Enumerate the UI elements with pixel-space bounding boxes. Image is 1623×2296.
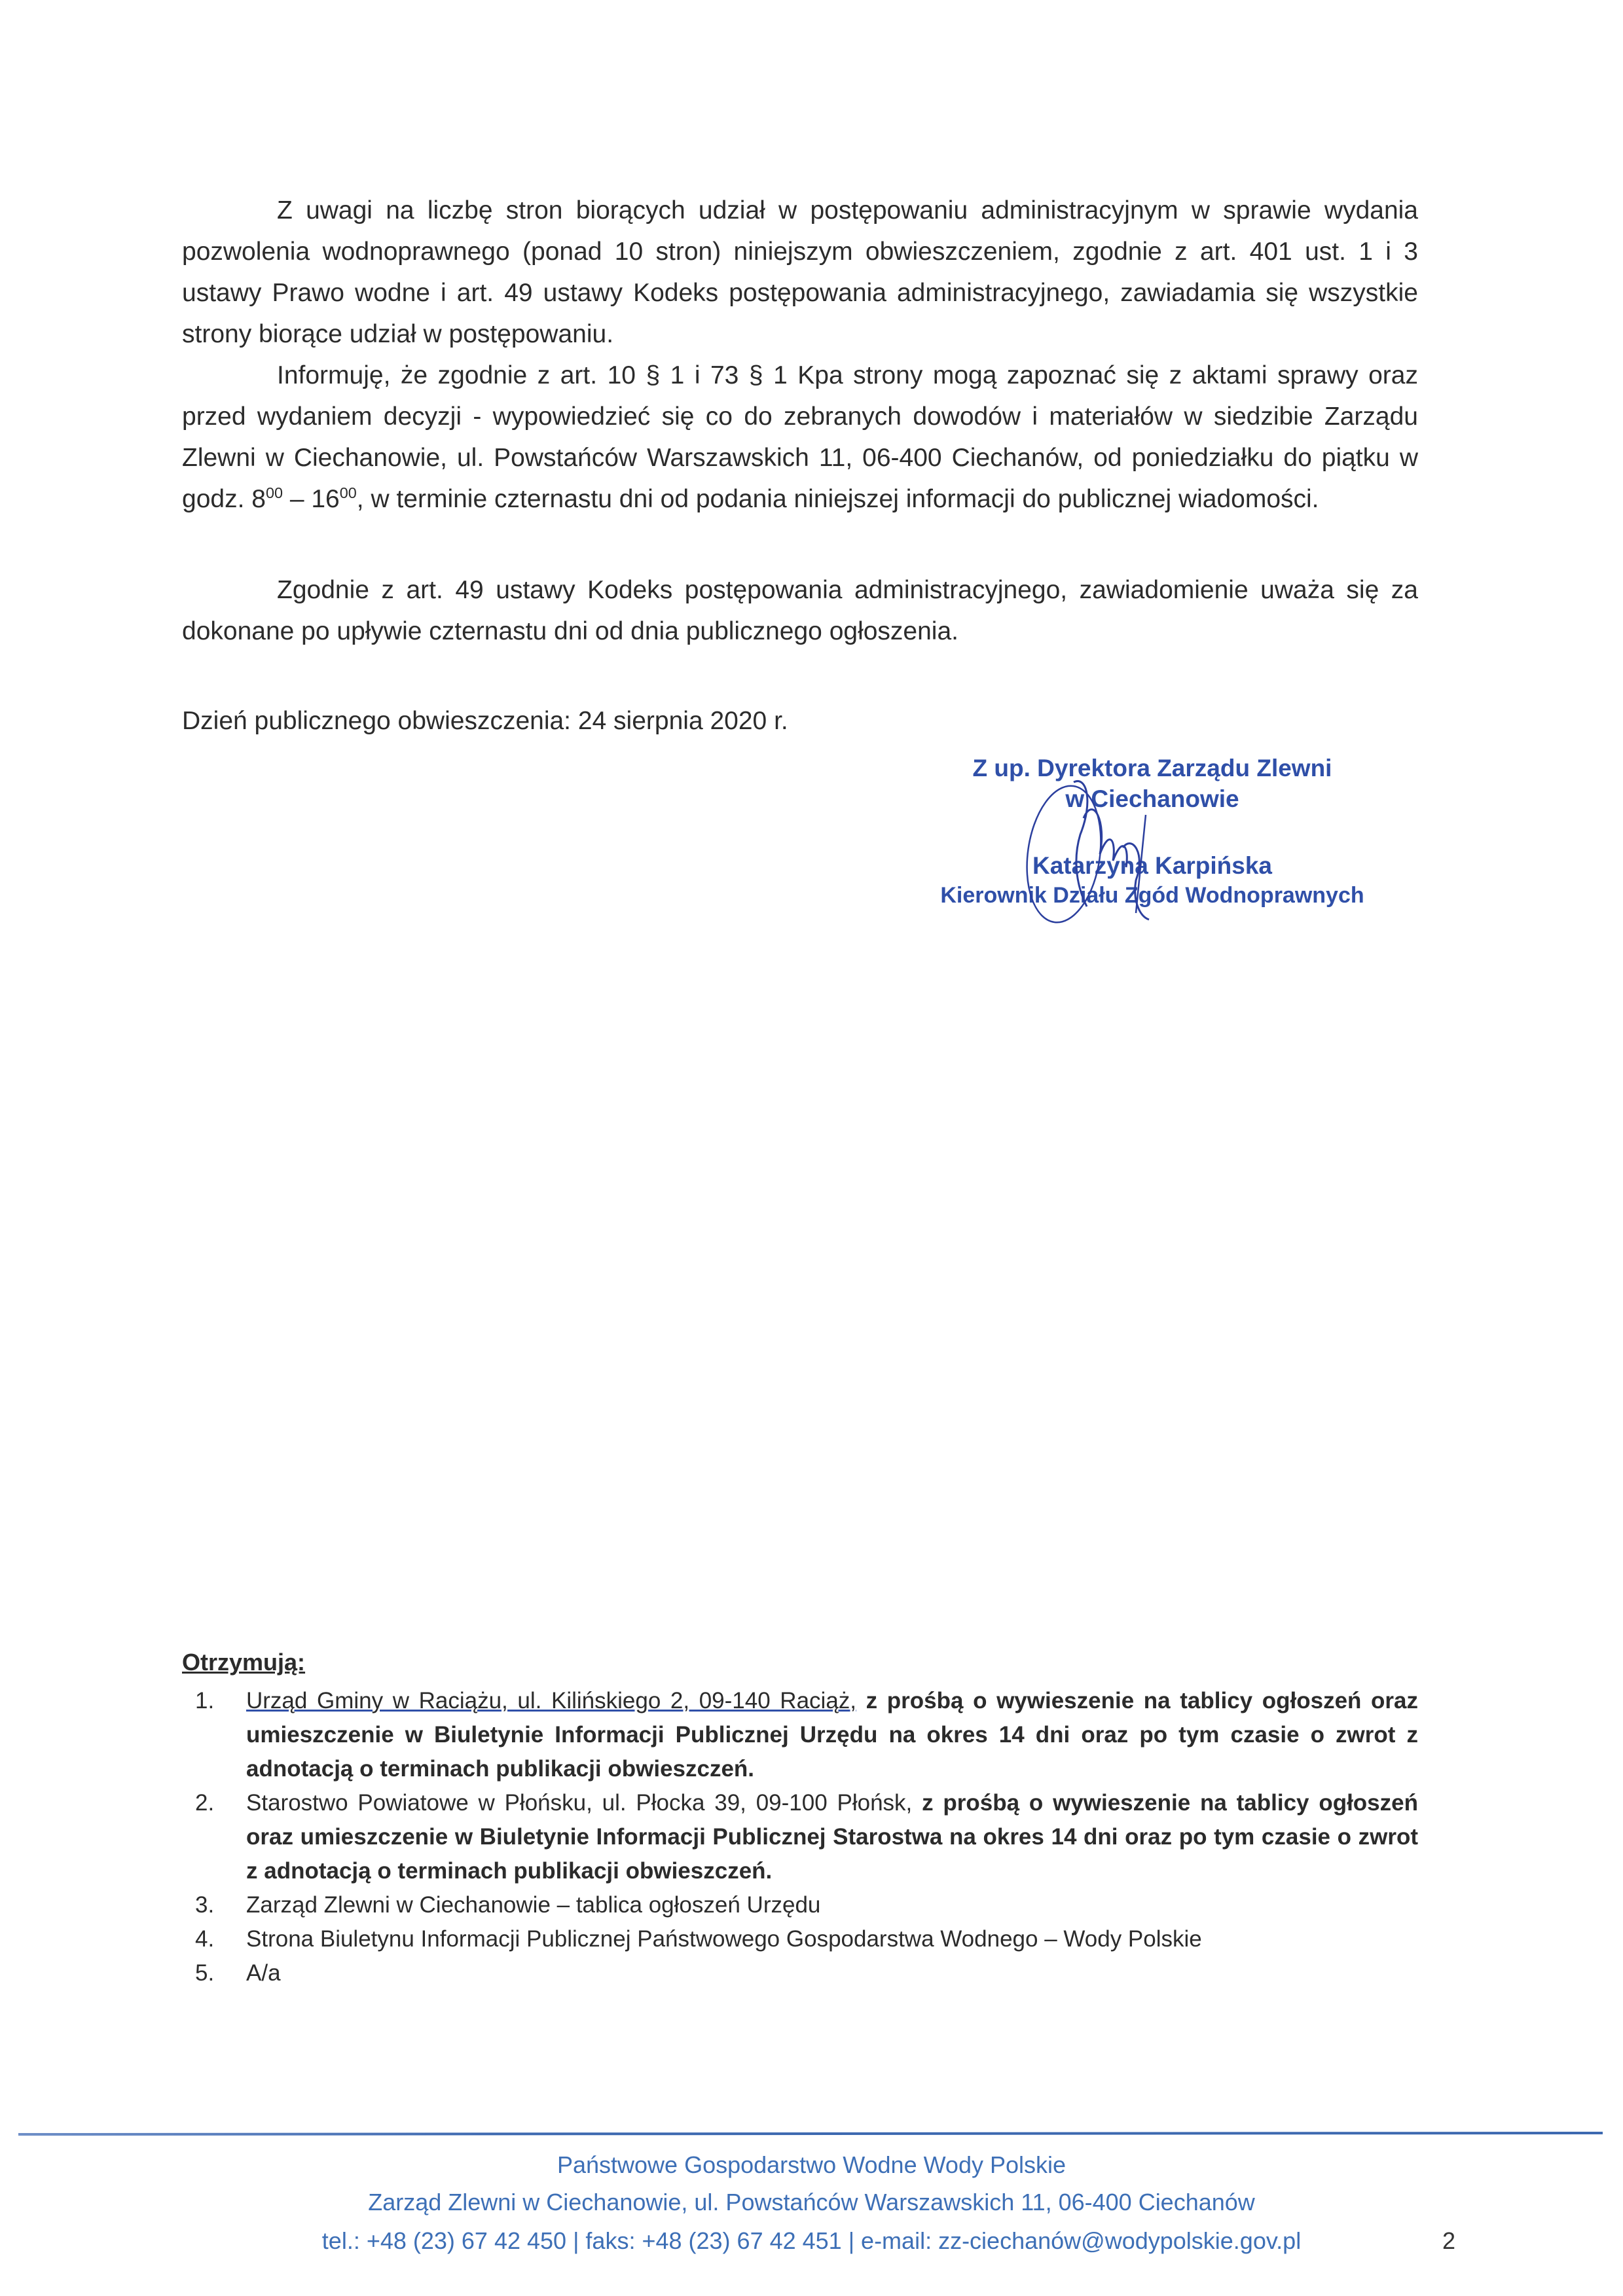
recipient-number: 1.	[195, 1684, 214, 1718]
signature-name: Katarzyna Karpińska	[903, 850, 1401, 881]
recipient-name: A/a	[246, 1960, 281, 1986]
publication-date-line: Dzień publicznego obwieszczenia: 24 sier…	[182, 700, 788, 742]
recipients-heading: Otrzymują:	[182, 1646, 1418, 1679]
recipient-number: 3.	[195, 1888, 214, 1922]
document-page: Z uwagi na liczbę stron biorących udział…	[0, 0, 1623, 2296]
recipients-list: 1. Urząd Gminy w Raciążu, ul. Kilińskieg…	[182, 1684, 1418, 1990]
recipient-item: 4. Strona Biuletynu Informacji Publiczne…	[182, 1922, 1418, 1956]
paragraph-text: Informuję, że zgodnie z art. 10 § 1 i 73…	[182, 355, 1418, 520]
recipient-name: Strona Biuletynu Informacji Publicznej P…	[246, 1926, 1202, 1952]
recipient-number: 4.	[195, 1922, 214, 1956]
footer-organization: Państwowe Gospodarstwo Wodne Wody Polski…	[0, 2147, 1623, 2183]
recipient-name: Starostwo Powiatowe w Płońsku, ul. Płock…	[246, 1790, 912, 1816]
signature-title: Kierownik Działu Zgód Wodnoprawnych	[903, 881, 1401, 910]
hour-end: 16	[311, 485, 339, 513]
signature-authority: Z up. Dyrektora Zarządu Zlewni	[903, 753, 1401, 783]
recipient-number: 5.	[195, 1956, 214, 1990]
hour-start-minutes: 00	[266, 484, 283, 501]
recipient-number: 2.	[195, 1786, 214, 1820]
hour-separator: –	[283, 485, 311, 513]
signature-gap	[903, 814, 1401, 850]
recipients-section: Otrzymują: 1. Urząd Gminy w Raciążu, ul.…	[182, 1646, 1418, 1990]
recipient-item: 3. Zarząd Zlewni w Ciechanowie – tablica…	[182, 1888, 1418, 1922]
paragraph-file-access: Informuję, że zgodnie z art. 10 § 1 i 73…	[182, 355, 1418, 520]
paragraph-notification-effect: Zgodnie z art. 49 ustawy Kodeks postępow…	[182, 569, 1418, 652]
paragraph-notice: Z uwagi na liczbę stron biorących udział…	[182, 190, 1418, 355]
recipient-item: 5. A/a	[182, 1956, 1418, 1990]
recipient-item: 1. Urząd Gminy w Raciążu, ul. Kilińskieg…	[182, 1684, 1418, 1786]
signature-block: Z up. Dyrektora Zarządu Zlewni w Ciechan…	[903, 753, 1401, 910]
paragraph-text: Z uwagi na liczbę stron biorących udział…	[182, 190, 1418, 355]
recipient-name: Zarząd Zlewni w Ciechanowie – tablica og…	[246, 1892, 820, 1918]
recipient-item: 2. Starostwo Powiatowe w Płońsku, ul. Pł…	[182, 1786, 1418, 1888]
page-number: 2	[1442, 2223, 1455, 2259]
footer-divider	[18, 2132, 1603, 2136]
recipient-name: Urząd Gminy w Raciążu, ul. Kilińskiego 2…	[246, 1688, 856, 1713]
footer-contact: tel.: +48 (23) 67 42 450 | faks: +48 (23…	[0, 2223, 1623, 2259]
hour-start: 8	[251, 485, 266, 513]
footer-address: Zarząd Zlewni w Ciechanowie, ul. Powstań…	[0, 2184, 1623, 2221]
paragraph-text-part: , w terminie czternastu dni od podania n…	[357, 485, 1319, 513]
signature-location: w Ciechanowie	[903, 783, 1401, 814]
paragraph-text: Zgodnie z art. 49 ustawy Kodeks postępow…	[182, 569, 1418, 652]
hour-end-minutes: 00	[340, 484, 357, 501]
